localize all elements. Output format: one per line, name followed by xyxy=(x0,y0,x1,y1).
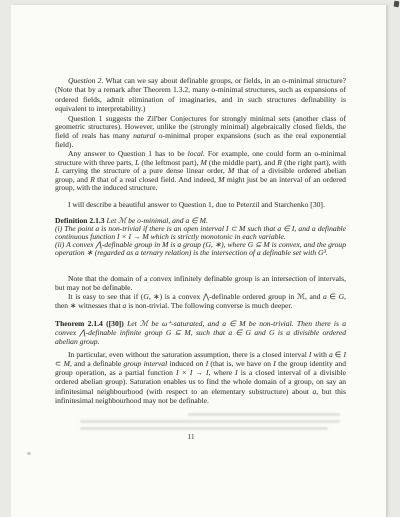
text-segment: , ∗) is a convex ⋀-definable ordered gro… xyxy=(149,292,323,301)
text-segment: induced on xyxy=(167,359,205,368)
paragraph-local-answer: Any answer to Question 1 has to be local… xyxy=(55,150,346,193)
text-segment: (ii) A convex ⋀-definable group in M is … xyxy=(55,240,346,257)
text-segment: I xyxy=(343,350,346,359)
bleed-through-artifact xyxy=(188,413,340,416)
page-number: 11 xyxy=(55,432,327,441)
text-segment: In particular, even without the saturati… xyxy=(68,350,309,359)
text-segment: group interval xyxy=(123,359,167,368)
text-segment: natural xyxy=(133,131,155,140)
definition-2-1-3: Definition 2.1.3 Let ℳ be o-minimal, and… xyxy=(55,217,346,257)
paragraph-beautiful-answer: I will describe a beautiful answer to Qu… xyxy=(55,201,346,210)
text-segment: (i) The point a is non-trivial if there … xyxy=(55,224,346,241)
bleed-through-artifact xyxy=(80,427,328,430)
text-segment: Question 2. xyxy=(68,76,103,85)
text-segment: , where xyxy=(209,368,236,377)
scan-artifact-speck xyxy=(27,452,31,455)
text-segment: I × I → I xyxy=(176,368,209,377)
paragraph-in-particular: In particular, even without the saturati… xyxy=(55,350,346,406)
paragraph-zilber-conjectures: Question 1 suggests the Zil'ber Conjectu… xyxy=(55,115,346,150)
paragraph-question-2: Question 2. What can we say about defina… xyxy=(55,76,346,114)
text-segment: It is easy to see that if ( xyxy=(68,292,143,301)
scan-artifact-corner-mark xyxy=(394,1,400,8)
text-segment: I will describe a beautiful answer to Qu… xyxy=(68,200,325,209)
text-segment: Note that the domain of a convex infinit… xyxy=(55,274,346,292)
bleed-through-artifact xyxy=(80,420,340,423)
paragraph-note-domain: Note that the domain of a convex infinit… xyxy=(55,274,346,292)
text-segment: ∈ xyxy=(333,350,344,359)
text-segment: is non-trivial. The following converse i… xyxy=(126,301,292,310)
text-segment: ∈ xyxy=(327,292,339,301)
text-segment: (that is, we have on xyxy=(208,359,273,368)
scanned-paper-page: Question 2. What can we say about defina… xyxy=(0,0,400,517)
text-segment: with xyxy=(311,350,329,359)
theorem-2-1-4: Theorem 2.1.4 ([30]) Let ℳ be ω⁺-saturat… xyxy=(55,319,346,346)
paragraph-easy-converse: It is easy to see that if (G, ∗) is a co… xyxy=(55,292,346,310)
text-segment: Theorem 2.1.4 ([30]) xyxy=(55,319,124,328)
text-segment: , and a definable xyxy=(70,359,124,368)
text-segment: ⊂ xyxy=(55,359,64,368)
